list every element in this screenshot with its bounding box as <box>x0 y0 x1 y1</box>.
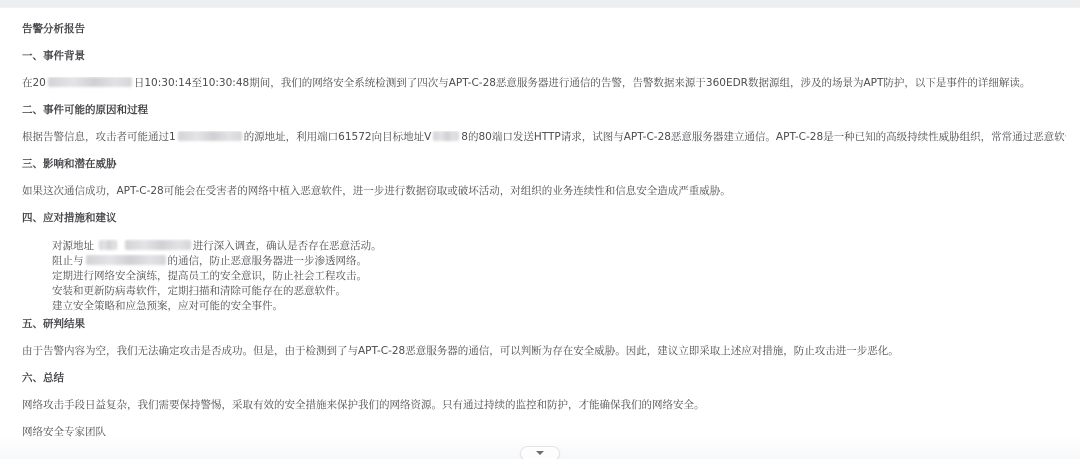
text-segment <box>119 240 122 252</box>
paragraph: 如果这次通信成功，APT-C-28可能会在受害者的网络中植入恶意软件，进一步进行… <box>22 185 1066 198</box>
collapse-button[interactable] <box>520 446 560 459</box>
text-segment: 根据告警信息，攻击者可能通过1 <box>22 131 176 143</box>
redacted-text <box>86 255 166 265</box>
redacted-text <box>125 240 191 250</box>
report-signature: 网络安全专家团队 <box>22 426 1066 439</box>
paragraph: 由于告警内容为空，我们无法确定攻击是否成功。但是，由于检测到了与APT-C-28… <box>22 345 1066 358</box>
list-item: 定期进行网络安全演练，提高员工的安全意识，防止社会工程攻击。 <box>52 269 1066 284</box>
redacted-text <box>433 131 459 141</box>
section-heading: 二、事件可能的原因和过程 <box>22 104 1066 117</box>
caret-down-icon <box>536 451 544 455</box>
paragraph: 根据告警信息，攻击者可能通过1的源地址，利用端口61572向目标地址V8的80端… <box>22 131 1066 144</box>
text-segment: 由于告警内容为空，我们无法确定攻击是否成功。但是，由于检测到了与APT-C-28… <box>22 345 899 357</box>
list-item: 对源地址 进行深入调查，确认是否存在恶意活动。 <box>52 239 1066 254</box>
text-segment: 建立安全策略和应急预案，应对可能的安全事件。 <box>52 300 283 312</box>
report-document: 告警分析报告 一、事件背景在20日10:30:14至10:30:48期间，我们的… <box>0 8 1080 439</box>
text-segment: 对源地址 <box>52 240 97 252</box>
paragraph: 网络攻击手段日益复杂，我们需要保持警惕，采取有效的安全措施来保护我们的网络资源。… <box>22 399 1066 412</box>
redacted-text <box>99 240 117 250</box>
section-heading: 三、影响和潜在威胁 <box>22 158 1066 171</box>
text-segment: 阻止与 <box>52 255 84 267</box>
text-segment: 网络攻击手段日益复杂，我们需要保持警惕，采取有效的安全措施来保护我们的网络资源。… <box>22 399 705 411</box>
report-sections: 一、事件背景在20日10:30:14至10:30:48期间，我们的网络安全系统检… <box>22 50 1066 412</box>
text-segment: 的通信，防止恶意服务器进一步渗透网络。 <box>168 255 368 267</box>
redacted-text <box>178 131 242 141</box>
paragraph: 在20日10:30:14至10:30:48期间，我们的网络安全系统检测到了四次与… <box>22 77 1066 90</box>
text-segment: 8的80端口发送HTTP请求，试图与APT-C-28恶意服务器建立通信。APT-… <box>461 131 1066 143</box>
recommendation-list: 对源地址 进行深入调查，确认是否存在恶意活动。阻止与的通信，防止恶意服务器进一步… <box>22 239 1066 314</box>
text-segment: 在20 <box>22 77 46 89</box>
report-title: 告警分析报告 <box>22 23 1066 36</box>
section-heading: 一、事件背景 <box>22 50 1066 63</box>
section-heading: 五、研判结果 <box>22 318 1066 331</box>
list-item: 建立安全策略和应急预案，应对可能的安全事件。 <box>52 299 1066 314</box>
report-page: 告警分析报告 一、事件背景在20日10:30:14至10:30:48期间，我们的… <box>0 0 1080 459</box>
page-top-edge <box>0 0 1080 8</box>
redacted-text <box>48 77 132 87</box>
section-heading: 六、总结 <box>22 372 1066 385</box>
text-segment: 安装和更新防病毒软件，定期扫描和清除可能存在的恶意软件。 <box>52 285 346 297</box>
list-item: 阻止与的通信，防止恶意服务器进一步渗透网络。 <box>52 254 1066 269</box>
text-segment: 日10:30:14至10:30:48期间，我们的网络安全系统检测到了四次与APT… <box>134 77 1031 89</box>
text-segment: 进行深入调查，确认是否存在恶意活动。 <box>193 240 382 252</box>
list-item: 安装和更新防病毒软件，定期扫描和清除可能存在的恶意软件。 <box>52 284 1066 299</box>
text-segment: 如果这次通信成功，APT-C-28可能会在受害者的网络中植入恶意软件，进一步进行… <box>22 185 731 197</box>
section-heading: 四、应对措施和建议 <box>22 212 1066 225</box>
text-segment: 的源地址，利用端口61572向目标地址V <box>244 131 432 143</box>
text-segment: 定期进行网络安全演练，提高员工的安全意识，防止社会工程攻击。 <box>52 270 367 282</box>
